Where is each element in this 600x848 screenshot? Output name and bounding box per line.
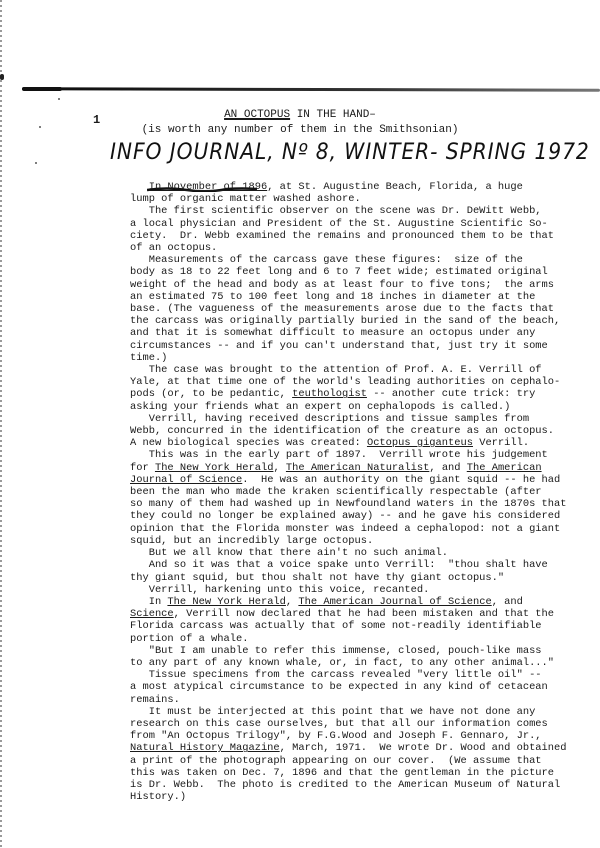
text-segment: remains. bbox=[130, 694, 180, 706]
text-line: squid, but an incredibly large octopus. bbox=[130, 535, 600, 547]
underlined-title-text: The New York Herald bbox=[167, 596, 285, 608]
text-line: Verrill, harkening unto this voice, reca… bbox=[130, 584, 600, 596]
text-segment: an estimated 75 to 100 feet long and 18 … bbox=[130, 291, 535, 303]
text-line: The case was brought to the attention of… bbox=[130, 364, 600, 376]
title-rest: IN THE HAND– bbox=[290, 109, 376, 121]
text-line: portion of a whale. bbox=[130, 633, 600, 645]
text-segment: , bbox=[273, 462, 285, 474]
text-line: is Dr. Webb. The photo is credited to th… bbox=[130, 779, 600, 791]
text-line: Science, Verrill now declared that he ha… bbox=[130, 608, 600, 620]
text-segment: thy giant squid, but thou shalt not have… bbox=[130, 572, 504, 584]
text-line: Verrill, having received descriptions an… bbox=[130, 413, 600, 425]
text-segment: so many of them had washed up in Newfoun… bbox=[130, 498, 566, 510]
text-segment: for bbox=[130, 462, 155, 474]
text-line: Journal of Science. He was an authority … bbox=[130, 474, 600, 486]
text-line: Florida carcass was actually that of som… bbox=[130, 620, 600, 632]
text-segment: Measurements of the carcass gave these f… bbox=[130, 254, 523, 266]
page-title: AN OCTOPUS IN THE HAND– bbox=[0, 109, 600, 121]
text-line: lump of organic matter washed ashore. bbox=[130, 193, 600, 205]
text-line: of an octopus. bbox=[130, 242, 600, 254]
text-line: the carcass was originally partially bur… bbox=[130, 315, 600, 327]
page-subtitle: (is worth any number of them in the Smit… bbox=[0, 124, 600, 136]
text-segment: In bbox=[130, 596, 167, 608]
text-segment: ciety. Dr. Webb examined the remains and… bbox=[130, 230, 554, 242]
underlined-title-text: The New York Herald bbox=[155, 462, 273, 474]
text-segment: portion of a whale. bbox=[130, 633, 248, 645]
text-segment: this was taken on Dec. 7, 1896 and that … bbox=[130, 767, 554, 779]
text-line: an estimated 75 to 100 feet long and 18 … bbox=[130, 291, 600, 303]
text-segment: Tissue specimens from the carcass reveal… bbox=[130, 669, 542, 681]
text-line: asking your friends what an expert on ce… bbox=[130, 401, 600, 413]
text-line: so many of them had washed up in Newfoun… bbox=[130, 498, 600, 510]
text-segment: the carcass was originally partially bur… bbox=[130, 315, 560, 327]
text-line: a most atypical circumstance to be expec… bbox=[130, 681, 600, 693]
text-line: The first scientific observer on the sce… bbox=[130, 205, 600, 217]
underlined-title-text: The American bbox=[467, 462, 542, 474]
handwritten-annotation: INFO JOURNAL, Nº 8, WINTER- SPRING 1972 bbox=[110, 140, 590, 165]
text-segment: a most atypical circumstance to be expec… bbox=[130, 681, 548, 693]
underlined-title-text: Science bbox=[130, 608, 174, 620]
text-segment: It must be interjected at this point tha… bbox=[130, 706, 535, 718]
text-segment bbox=[130, 181, 149, 193]
text-line: Natural History Magazine, March, 1971. W… bbox=[130, 742, 600, 754]
text-segment: Verrill, having received descriptions an… bbox=[130, 413, 529, 425]
text-segment: "But I am unable to refer this immense, … bbox=[130, 645, 542, 657]
text-segment: , and bbox=[429, 462, 466, 474]
text-segment: , March, 1971. We wrote Dr. Wood and obt… bbox=[280, 742, 567, 754]
text-segment: A new biological species was created: bbox=[130, 437, 367, 449]
text-segment: weight of the head and body as at least … bbox=[130, 279, 554, 291]
text-line: this was taken on Dec. 7, 1896 and that … bbox=[130, 767, 600, 779]
text-line: opinion that the Florida monster was ind… bbox=[130, 523, 600, 535]
article-body: In November of 1896, at St. Augustine Be… bbox=[130, 181, 600, 803]
text-line: History.) bbox=[130, 791, 600, 803]
underlined-title-text: Octopus giganteus bbox=[367, 437, 473, 449]
text-segment: base. (The vagueness of the measurements… bbox=[130, 303, 554, 315]
text-line: weight of the head and body as at least … bbox=[130, 279, 600, 291]
text-segment: , bbox=[286, 596, 298, 608]
text-line: This was in the early part of 1897. Verr… bbox=[130, 449, 600, 461]
text-line: Tissue specimens from the carcass reveal… bbox=[130, 669, 600, 681]
text-segment: circumstances -- and if you can't unders… bbox=[130, 340, 548, 352]
text-segment: time.) bbox=[130, 352, 167, 364]
text-line: time.) bbox=[130, 352, 600, 364]
text-line: And so it was that a voice spake unto Ve… bbox=[130, 559, 600, 571]
text-line: and that it is somewhat difficult to mea… bbox=[130, 327, 600, 339]
text-line: thy giant squid, but thou shalt not have… bbox=[130, 572, 600, 584]
text-segment: body as 18 to 22 feet long and 6 to 7 fe… bbox=[130, 266, 548, 278]
text-segment: from "An Octopus Trilogy", by F.G.Wood a… bbox=[130, 730, 542, 742]
text-line: In November of 1896, at St. Augustine Be… bbox=[130, 181, 600, 193]
text-line: they could no longer be explained away) … bbox=[130, 510, 600, 522]
text-line: base. (The vagueness of the measurements… bbox=[130, 303, 600, 315]
underlined-title-text: teuthologist bbox=[292, 388, 367, 400]
header-rule bbox=[22, 87, 600, 92]
text-line: body as 18 to 22 feet long and 6 to 7 fe… bbox=[130, 266, 600, 278]
text-line: pods (or, to be pedantic, teuthologist -… bbox=[130, 388, 600, 400]
text-segment: Verrill. bbox=[473, 437, 529, 449]
text-segment: . He was an authority on the giant squid… bbox=[242, 474, 560, 486]
text-segment: pods (or, to be pedantic, bbox=[130, 388, 292, 400]
text-line: A new biological species was created: Oc… bbox=[130, 437, 600, 449]
text-line: "But I am unable to refer this immense, … bbox=[130, 645, 600, 657]
text-segment: a print of the photograph appearing on o… bbox=[130, 755, 542, 767]
text-segment: and that it is somewhat difficult to mea… bbox=[130, 327, 535, 339]
text-segment: , and bbox=[492, 596, 523, 608]
text-segment: a local physician and President of the S… bbox=[130, 218, 548, 230]
text-line: from "An Octopus Trilogy", by F.G.Wood a… bbox=[130, 730, 600, 742]
text-line: a local physician and President of the S… bbox=[130, 218, 600, 230]
text-line: ciety. Dr. Webb examined the remains and… bbox=[130, 230, 600, 242]
text-segment: of an octopus. bbox=[130, 242, 217, 254]
text-segment: Florida carcass was actually that of som… bbox=[130, 620, 542, 632]
text-line: Yale, at that time one of the world's le… bbox=[130, 376, 600, 388]
speck bbox=[58, 98, 60, 100]
text-line: been the man who made the kraken scienti… bbox=[130, 486, 600, 498]
text-segment: to any part of any known whale, or, in f… bbox=[130, 657, 554, 669]
text-segment: Verrill, harkening unto this voice, reca… bbox=[130, 584, 429, 596]
text-segment: This was in the early part of 1897. Verr… bbox=[130, 449, 548, 461]
text-line: Webb, concurred in the identification of… bbox=[130, 425, 600, 437]
text-line: It must be interjected at this point tha… bbox=[130, 706, 600, 718]
text-segment: lump of organic matter washed ashore. bbox=[130, 193, 361, 205]
text-line: Measurements of the carcass gave these f… bbox=[130, 254, 600, 266]
text-segment: they could no longer be explained away) … bbox=[130, 510, 560, 522]
text-line: research on this case ourselves, but tha… bbox=[130, 718, 600, 730]
text-segment: And so it was that a voice spake unto Ve… bbox=[130, 559, 548, 571]
scan-mark bbox=[0, 74, 4, 80]
text-line: remains. bbox=[130, 694, 600, 706]
text-segment: asking your friends what an expert on ce… bbox=[130, 401, 510, 413]
text-segment: History.) bbox=[130, 791, 186, 803]
text-segment: Webb, concurred in the identification of… bbox=[130, 425, 554, 437]
underlined-title-text: The American Naturalist bbox=[286, 462, 429, 474]
text-line: for The New York Herald, The American Na… bbox=[130, 462, 600, 474]
text-segment: been the man who made the kraken scienti… bbox=[130, 486, 542, 498]
text-line: to any part of any known whale, or, in f… bbox=[130, 657, 600, 669]
text-segment: , at St. Augustine Beach, Florida, a hug… bbox=[267, 181, 523, 193]
text-segment: But we all know that there ain't no such… bbox=[130, 547, 448, 559]
text-segment: The first scientific observer on the sce… bbox=[130, 205, 542, 217]
underlined-title-text: The American Journal of Science bbox=[298, 596, 491, 608]
speck bbox=[35, 162, 37, 164]
text-segment: opinion that the Florida monster was ind… bbox=[130, 523, 560, 535]
text-line: In The New York Herald, The American Jou… bbox=[130, 596, 600, 608]
underlined-title-text: In November of 1896 bbox=[149, 181, 267, 193]
text-segment: The case was brought to the attention of… bbox=[130, 364, 542, 376]
text-segment: research on this case ourselves, but tha… bbox=[130, 718, 548, 730]
text-segment: is Dr. Webb. The photo is credited to th… bbox=[130, 779, 560, 791]
text-line: But we all know that there ain't no such… bbox=[130, 547, 600, 559]
underlined-title-text: Journal of Science bbox=[130, 474, 242, 486]
text-segment: -- another cute trick: try bbox=[367, 388, 535, 400]
text-segment: Yale, at that time one of the world's le… bbox=[130, 376, 560, 388]
text-line: a print of the photograph appearing on o… bbox=[130, 755, 600, 767]
text-segment: , Verrill now declared that he had been … bbox=[174, 608, 554, 620]
underlined-title-text: Natural History Magazine bbox=[130, 742, 280, 754]
text-line: circumstances -- and if you can't unders… bbox=[130, 340, 600, 352]
title-underlined: AN OCTOPUS bbox=[224, 109, 290, 121]
text-segment: squid, but an incredibly large octopus. bbox=[130, 535, 373, 547]
